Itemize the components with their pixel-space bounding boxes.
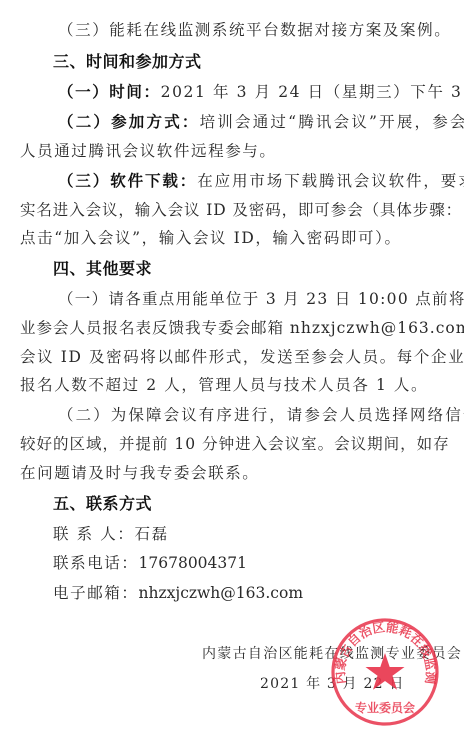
- section-4-p1-line-2: 业参会人员报名表反馈我专委会邮箱 nhzxjczwh@163.com，: [20, 318, 464, 338]
- seal-bottom-text: 专业委员会: [355, 700, 415, 715]
- contact-phone: 联系电话：17678004371: [53, 553, 247, 573]
- software-text: 在应用市场下载腾讯会议软件，要求: [197, 172, 464, 190]
- section-3-software-cont-2: 点击“加入会议”，输入会议 ID，输入密码即可）。: [20, 228, 402, 248]
- contact-phone-value: 17678004371: [139, 554, 247, 572]
- section-4-p2-line-3: 在问题请及时与我专委会联系。: [20, 463, 259, 483]
- section-3-heading: 三、时间和参加方式: [53, 52, 202, 72]
- time-value: 2021 年 3 月 24 日（星期三）下午 3：00。: [161, 83, 464, 101]
- section-3-software-cont-1: 实名进入会议，输入会议 ID 及密码，即可参会（具体步骤：: [20, 200, 462, 220]
- section-5-heading: 五、联系方式: [53, 494, 152, 514]
- method-label: （二）参加方式：: [58, 112, 200, 131]
- contact-phone-label: 联系电话：: [53, 554, 139, 572]
- contact-email-label: 电子邮箱：: [53, 584, 139, 602]
- section-3-method-cont: 人员通过腾讯会议软件远程参与。: [20, 141, 277, 161]
- item-3-platform-data: （三）能耗在线监测系统平台数据对接方案及案例。: [58, 20, 451, 40]
- section-4-p1-line-3: 会议 ID 及密码将以邮件形式，发送至参会人员。每个企业: [20, 347, 464, 367]
- software-label: （三）软件下载：: [58, 171, 197, 190]
- contact-person-label: 联 系 人：: [53, 525, 134, 543]
- section-4-p1-line-4: 报名人数不超过 2 人，管理人员与技术人员各 1 人。: [20, 375, 428, 395]
- section-4-p2-line-2: 较好的区域，并提前 10 分钟进入会议室。会议期间，如存: [20, 434, 450, 454]
- section-4-p2-line-1: （二）为保障会议有序进行，请参会人员选择网络信号: [58, 405, 464, 425]
- contact-person-value: 石磊: [134, 525, 168, 543]
- section-4-p1-line-1: （一）请各重点用能单位于 3 月 23 日 10:00 点前将企: [58, 289, 464, 309]
- time-label: （一）时间：: [58, 82, 161, 101]
- official-seal-icon: 内蒙古自治区能耗在线监测 专业委员会: [330, 617, 440, 727]
- section-4-heading: 四、其他要求: [53, 259, 152, 279]
- contact-email-value[interactable]: nhzxjczwh@163.com: [139, 584, 304, 602]
- section-3-method: （二）参加方式：培训会通过“腾讯会议”开展，参会: [58, 112, 438, 132]
- contact-email: 电子邮箱：nhzxjczwh@163.com: [53, 583, 303, 603]
- section-3-software: （三）软件下载：在应用市场下载腾讯会议软件，要求: [58, 171, 464, 191]
- method-text: 培训会通过“腾讯会议”开展，参会: [200, 113, 464, 131]
- section-3-time: （一）时间：2021 年 3 月 24 日（星期三）下午 3：00。: [58, 82, 464, 102]
- contact-person: 联 系 人：石磊: [53, 524, 169, 544]
